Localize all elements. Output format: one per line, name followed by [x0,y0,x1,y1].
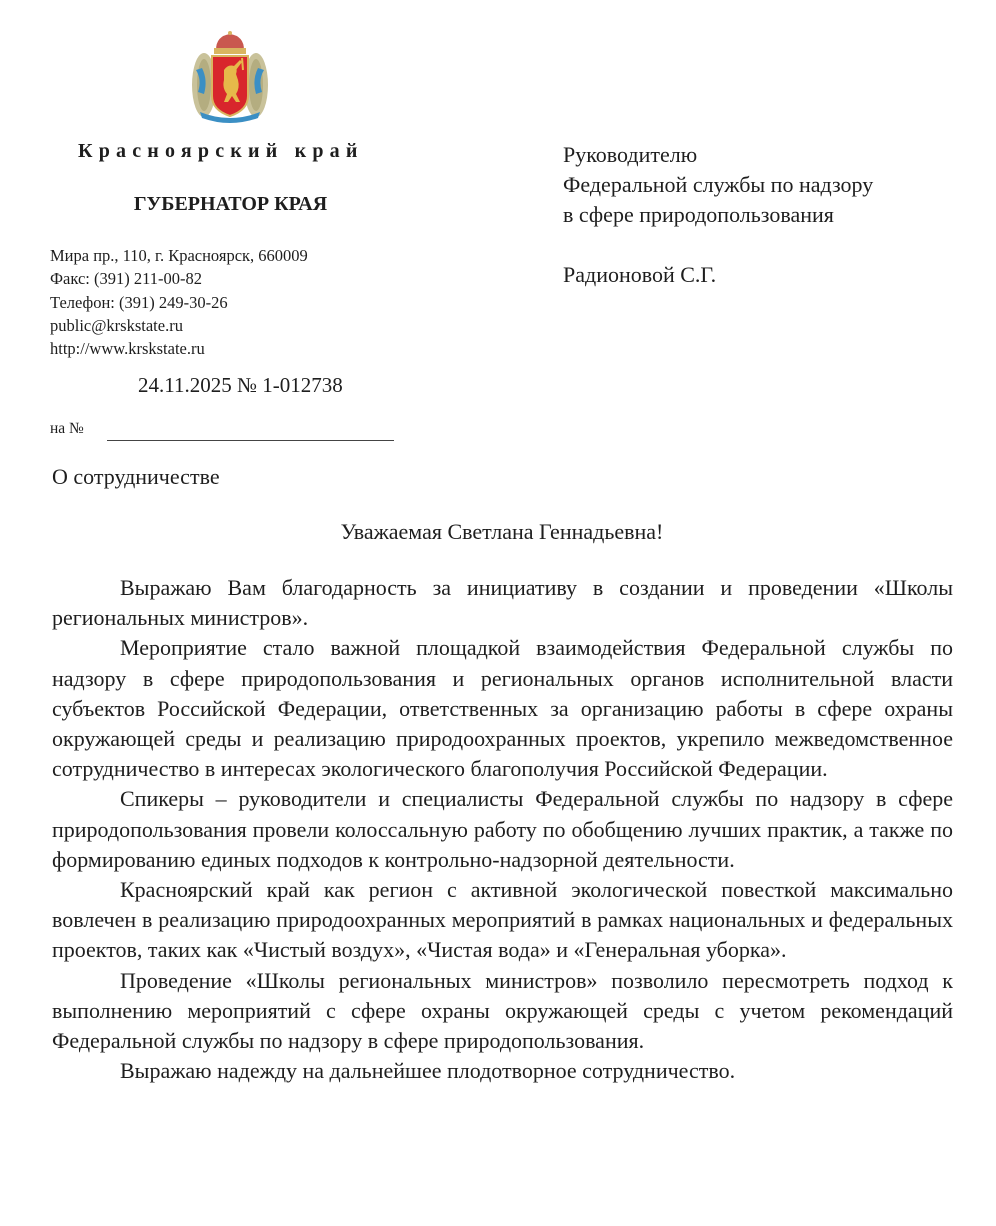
contact-fax: Факс: (391) 211-00-82 [50,267,308,290]
addressee-position: Руководителю [563,140,873,170]
contact-block: Мира пр., 110, г. Красноярск, 660009 Фак… [50,244,308,360]
contact-website: http://www.krskstate.ru [50,337,308,360]
outgoing-number: 24.11.2025 № 1-012738 [138,373,343,398]
governor-title: ГУБЕРНАТОР КРАЯ [78,193,383,216]
reply-to-blank-line [107,440,394,441]
coat-of-arms-icon [190,30,270,126]
addressee-spacer [563,230,873,260]
letter-subject: О сотрудничестве [52,464,220,490]
addressee-block: Руководителю Федеральной службы по надзо… [563,140,873,290]
reply-to-label: на № [50,420,84,438]
contact-email: public@krskstate.ru [50,314,308,337]
addressee-name: Радионовой С.Г. [563,260,873,290]
salutation: Уважаемая Светлана Геннадьевна! [52,519,952,545]
body-paragraph: Спикеры – руководители и специалисты Фед… [52,784,953,875]
addressee-organization-cont: в сфере природопользования [563,200,873,230]
coat-of-arms-emblem [190,30,270,126]
contact-phone: Телефон: (391) 249-30-26 [50,291,308,314]
body-paragraph: Мероприятие стало важной площадкой взаим… [52,633,953,784]
contact-address: Мира пр., 110, г. Красноярск, 660009 [50,244,308,267]
body-paragraph: Проведение «Школы региональных министров… [52,966,953,1057]
letter-body: Выражаю Вам благодарность за инициативу … [52,573,953,1086]
body-paragraph: Выражаю Вам благодарность за инициативу … [52,573,953,633]
region-name: Красноярский край [78,140,383,163]
body-paragraph: Красноярский край как регион с активной … [52,875,953,966]
body-paragraph: Выражаю надежду на дальнейшее плодотворн… [52,1056,953,1086]
addressee-organization: Федеральной службы по надзору [563,170,873,200]
